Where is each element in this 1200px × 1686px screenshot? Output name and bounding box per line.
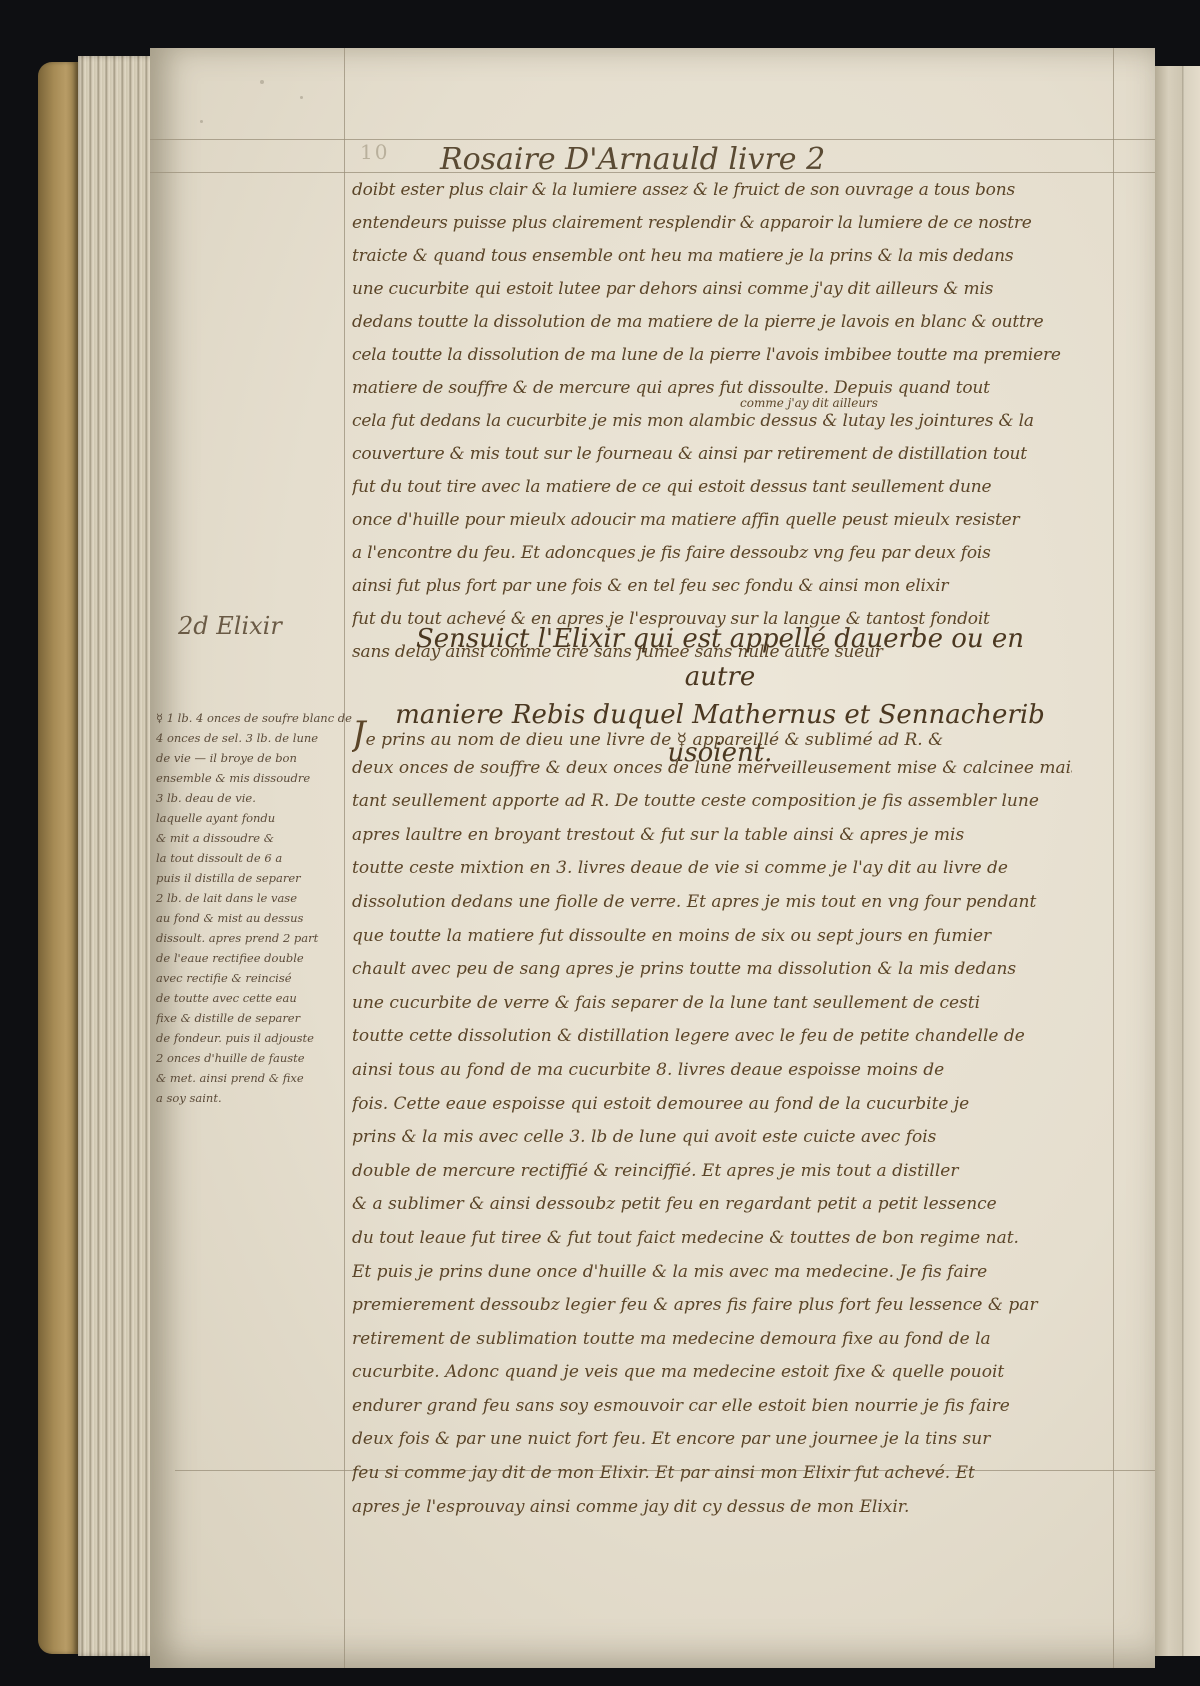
header-rule-top <box>150 139 1155 140</box>
interlinear-addition: comme j'ay dit ailleurs <box>740 396 878 410</box>
text-line: que toutte la matiere fut dissoulte en m… <box>352 920 1072 954</box>
text-line: tant seullement apporte ad R. De toutte … <box>352 785 1072 819</box>
text-line: once d'huille pour mieulx adoucir ma mat… <box>352 504 1072 537</box>
paper-spot <box>300 96 303 99</box>
text-line: matiere de souffre & de mercure qui apre… <box>352 372 1072 405</box>
text-line: entendeurs puisse plus clairement resple… <box>352 207 1072 240</box>
text-line: Et puis je prins dune once d'huille & la… <box>352 1256 1072 1290</box>
book-binding-edge <box>38 62 78 1654</box>
text-line: chault avec peu de sang apres je prins t… <box>352 953 1072 987</box>
text-line: deux onces de souffre & deux onces de lu… <box>352 752 1072 786</box>
text-line: Je prins au nom de dieu une livre de ☿ a… <box>352 718 1072 752</box>
margin-note-line: de fondeur. puis il adjouste <box>156 1028 356 1048</box>
section-text-block: Je prins au nom de dieu une livre de ☿ a… <box>352 718 1072 1524</box>
margin-note-line: 3 lb. deau de vie. <box>156 788 356 808</box>
text-line: cucurbite. Adonc quand je veis que ma me… <box>352 1356 1072 1390</box>
paper-spot <box>260 80 264 84</box>
margin-note-line: laquelle ayant fondu <box>156 808 356 828</box>
margin-note-line: a soy saint. <box>156 1088 356 1108</box>
margin-note-line: & mit a dissoudre & <box>156 828 356 848</box>
margin-note-line: ensemble & mis dissoudre <box>156 768 356 788</box>
text-line: fois. Cette eaue espoisse qui estoit dem… <box>352 1088 1072 1122</box>
margin-note-line: ☿ 1 lb. 4 onces de soufre blanc de <box>156 708 356 728</box>
margin-title: 2d Elixir <box>178 612 282 640</box>
margin-note-line: 2 lb. de lait dans le vase <box>156 888 356 908</box>
margin-note-line: & met. ainsi prend & fixe <box>156 1068 356 1088</box>
margin-note-line: au fond & mist au dessus <box>156 908 356 928</box>
text-line: apres laultre en broyant trestout & fut … <box>352 819 1072 853</box>
heading-line: Sensuict l'Elixir qui est appellé dauerb… <box>380 620 1060 696</box>
text-line: couverture & mis tout sur le fourneau & … <box>352 438 1072 471</box>
text-line: traicte & quand tous ensemble ont heu ma… <box>352 240 1072 273</box>
text-line: toutte cette dissolution & distillation … <box>352 1020 1072 1054</box>
text-line: a l'encontre du feu. Et adoncques je fis… <box>352 537 1072 570</box>
text-line: fut du tout tire avec la matiere de ce q… <box>352 471 1072 504</box>
text-line: ainsi tous au fond de ma cucurbite 8. li… <box>352 1054 1072 1088</box>
text-line: du tout leaue fut tiree & fut tout faict… <box>352 1222 1072 1256</box>
text-line: dedans toutte la dissolution de ma matie… <box>352 306 1072 339</box>
text-line: apres je l'esprouvay ainsi comme jay dit… <box>352 1491 1072 1525</box>
main-text-block: doibt ester plus clair & la lumiere asse… <box>352 174 1072 669</box>
text-line: retirement de sublimation toutte ma mede… <box>352 1323 1072 1357</box>
text-line: deux fois & par une nuict fort feu. Et e… <box>352 1423 1072 1457</box>
text-line: toutte ceste mixtion en 3. livres deaue … <box>352 852 1072 886</box>
margin-note-line: 2 onces d'huille de fauste <box>156 1048 356 1068</box>
margin-note-line: puis il distilla de separer <box>156 868 356 888</box>
paper-spot <box>200 120 203 123</box>
running-header: Rosaire D'Arnauld livre 2 <box>440 142 900 177</box>
margin-note-line: dissoult. apres prend 2 part <box>156 928 356 948</box>
text-line: feu si comme jay dit de mon Elixir. Et p… <box>352 1457 1072 1491</box>
margin-note-line: de vie — il broye de bon <box>156 748 356 768</box>
margin-notes: ☿ 1 lb. 4 onces de soufre blanc de 4 onc… <box>156 708 356 1108</box>
text-line: endurer grand feu sans soy esmouvoir car… <box>352 1390 1072 1424</box>
margin-note-line: la tout dissoult de 6 a <box>156 848 356 868</box>
text-line: prins & la mis avec celle 3. lb de lune … <box>352 1121 1072 1155</box>
right-margin-rule <box>1113 48 1114 1668</box>
margin-note-line: de l'eaue rectifiee double <box>156 948 356 968</box>
text-line: cela fut dedans la cucurbite je mis mon … <box>352 405 1072 438</box>
text-line: ainsi fut plus fort par une fois & en te… <box>352 570 1072 603</box>
margin-note-line: 4 onces de sel. 3 lb. de lune <box>156 728 356 748</box>
margin-note-line: de toutte avec cette eau <box>156 988 356 1008</box>
text-line: dissolution dedans une fiolle de verre. … <box>352 886 1072 920</box>
margin-note-line: avec rectifie & reincisé <box>156 968 356 988</box>
text-line: double de mercure rectiffié & reinciffié… <box>352 1155 1072 1189</box>
text-line: une cucurbite de verre & fais separer de… <box>352 987 1072 1021</box>
manuscript-book: 10 Rosaire D'Arnauld livre 2 doibt ester… <box>0 0 1200 1686</box>
margin-note-line: fixe & distille de separer <box>156 1008 356 1028</box>
page-number: 10 <box>360 140 389 164</box>
text-line: doibt ester plus clair & la lumiere asse… <box>352 174 1072 207</box>
page-stack-right <box>1155 66 1200 1656</box>
text-line: une cucurbite qui estoit lutee par dehor… <box>352 273 1072 306</box>
text-line: & a sublimer & ainsi dessoubz petit feu … <box>352 1188 1072 1222</box>
text-line: premierement dessoubz legier feu & apres… <box>352 1289 1072 1323</box>
text-line: cela toutte la dissolution de ma lune de… <box>352 339 1072 372</box>
